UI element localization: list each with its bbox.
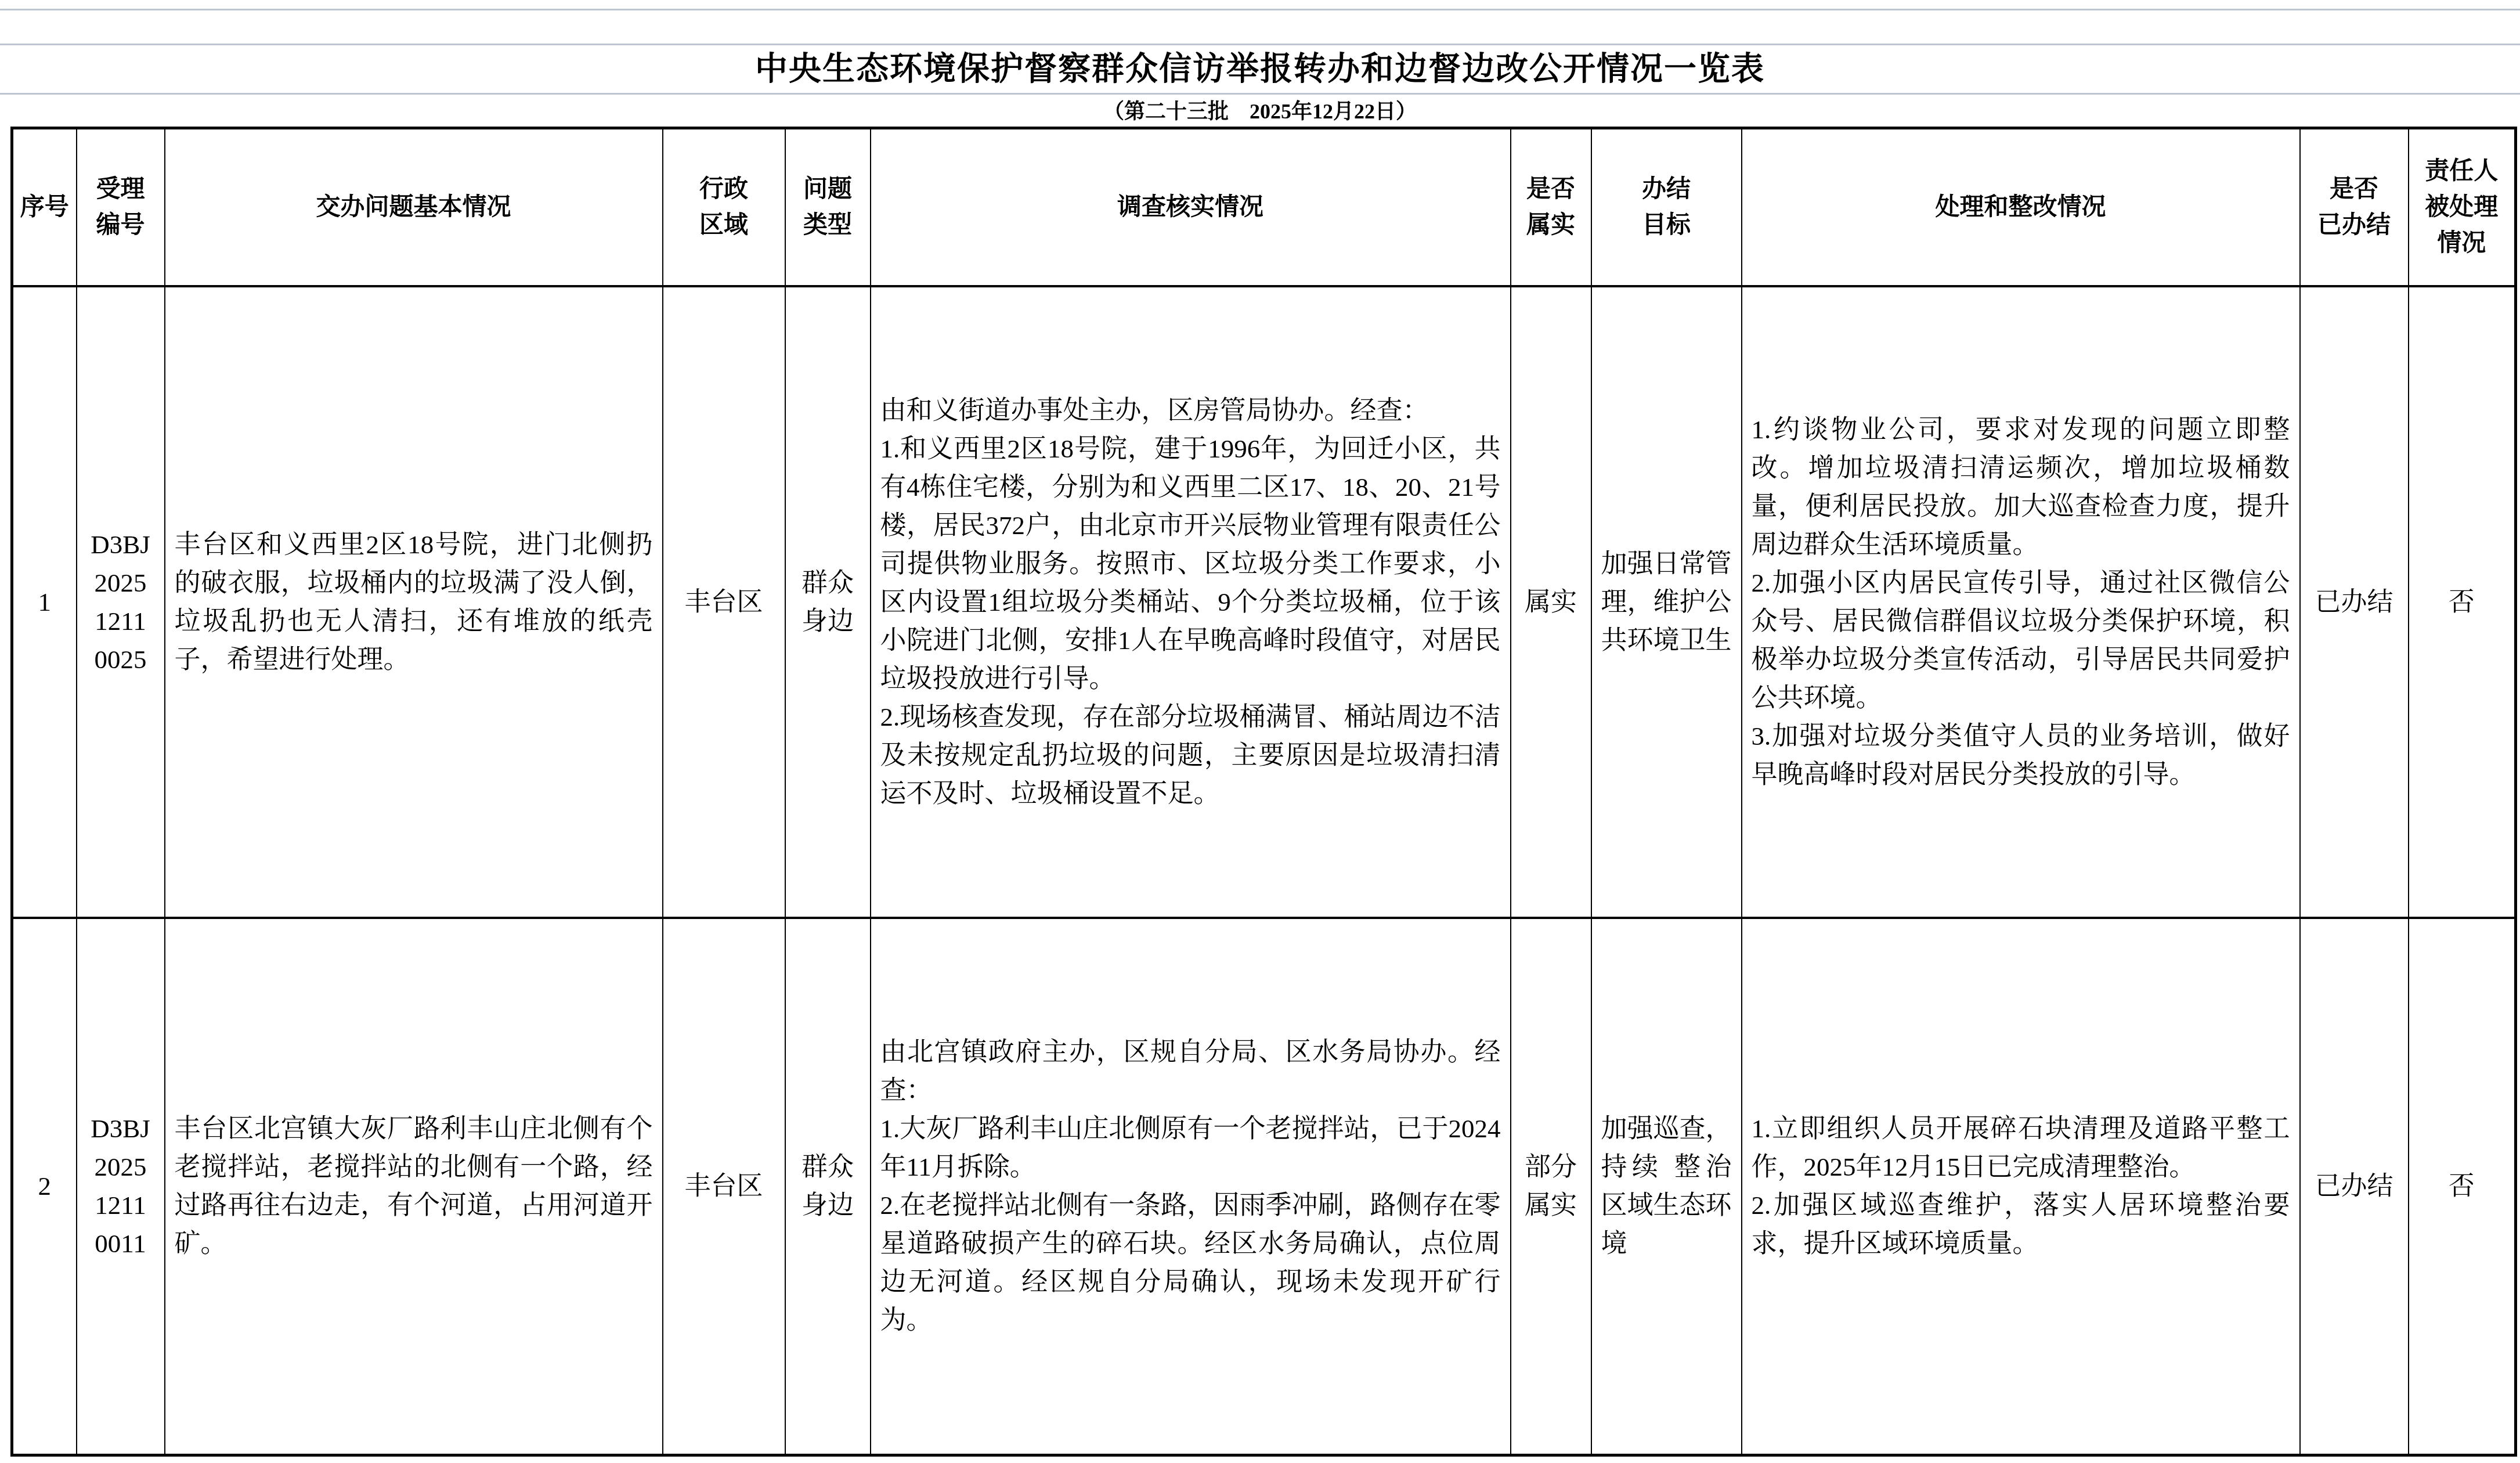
header-rectification: 处理和整改情况: [1742, 128, 2300, 286]
header-region: 行政 区域: [663, 128, 785, 286]
header-verification: 调查核实情况: [871, 128, 1511, 286]
cell-case-id: D3BJ 2025 1211 0011: [77, 918, 165, 1455]
header-problem: 交办问题基本情况: [165, 128, 663, 286]
cell-goal: 加强日常管理，维护公共环境卫生: [1591, 286, 1742, 918]
cell-closed: 已办结: [2300, 286, 2409, 918]
cell-verification: 由北宫镇政府主办，区规自分局、区水务局协办。经查： 1.大灰厂路利丰山庄北侧原有…: [871, 918, 1511, 1455]
page-subtitle: （第二十三批 2025年12月22日）: [0, 99, 2520, 124]
cell-goal: 加强巡查，持续 整治区域生态环境: [1591, 918, 1742, 1455]
header-accountability: 责任人 被处理 情况: [2409, 128, 2516, 286]
page-title: 中央生态环境保护督察群众信访举报转办和边督边改公开情况一览表: [0, 49, 2520, 89]
cell-type: 群众身边: [785, 286, 871, 918]
cell-is-true: 属实: [1511, 286, 1591, 918]
table-row-1: 1 D3BJ 2025 1211 0025 丰台区和义西里2区18号院，进门北侧…: [12, 286, 2516, 918]
header-row: 序号 受理 编号 交办问题基本情况 行政 区域 问题 类型 调查核实情况 是否 …: [12, 128, 2516, 286]
cell-accountability: 否: [2409, 918, 2516, 1455]
cell-rectification: 1.约谈物业公司，要求对发现的问题立即整改。增加垃圾清扫清运频次，增加垃圾桶数量…: [1742, 286, 2300, 918]
header-case-id: 受理 编号: [77, 128, 165, 286]
cell-case-id: D3BJ 2025 1211 0025: [77, 286, 165, 918]
header-goal: 办结 目标: [1591, 128, 1742, 286]
cell-region: 丰台区: [663, 918, 785, 1455]
inspection-report-table: 序号 受理 编号 交办问题基本情况 行政 区域 问题 类型 调查核实情况 是否 …: [10, 127, 2517, 1457]
cell-seq: 2: [12, 918, 77, 1455]
header-closed: 是否 已办结: [2300, 128, 2409, 286]
top-gridline-3: [0, 93, 2520, 95]
cell-problem: 丰台区北宫镇大灰厂路利丰山庄北侧有个老搅拌站，老搅拌站的北侧有一个路，经过路再往…: [165, 918, 663, 1455]
cell-verification: 由和义街道办事处主办，区房管局协办。经查： 1.和义西里2区18号院，建于199…: [871, 286, 1511, 918]
top-gridline-1: [0, 9, 2520, 10]
cell-accountability: 否: [2409, 286, 2516, 918]
cell-seq: 1: [12, 286, 77, 918]
cell-closed: 已办结: [2300, 918, 2409, 1455]
cell-problem: 丰台区和义西里2区18号院，进门北侧扔的破衣服，垃圾桶内的垃圾满了没人倒，垃圾乱…: [165, 286, 663, 918]
header-seq: 序号: [12, 128, 77, 286]
table-row-2: 2 D3BJ 2025 1211 0011 丰台区北宫镇大灰厂路利丰山庄北侧有个…: [12, 918, 2516, 1455]
header-is-true: 是否 属实: [1511, 128, 1591, 286]
cell-type: 群众身边: [785, 918, 871, 1455]
cell-is-true: 部分属实: [1511, 918, 1591, 1455]
spreadsheet-page: 中央生态环境保护督察群众信访举报转办和边督边改公开情况一览表 （第二十三批 20…: [0, 0, 2520, 1463]
cell-rectification: 1.立即组织人员开展碎石块清理及道路平整工作，2025年12月15日已完成清理整…: [1742, 918, 2300, 1455]
top-gridline-2: [0, 44, 2520, 45]
header-type: 问题 类型: [785, 128, 871, 286]
cell-region: 丰台区: [663, 286, 785, 918]
